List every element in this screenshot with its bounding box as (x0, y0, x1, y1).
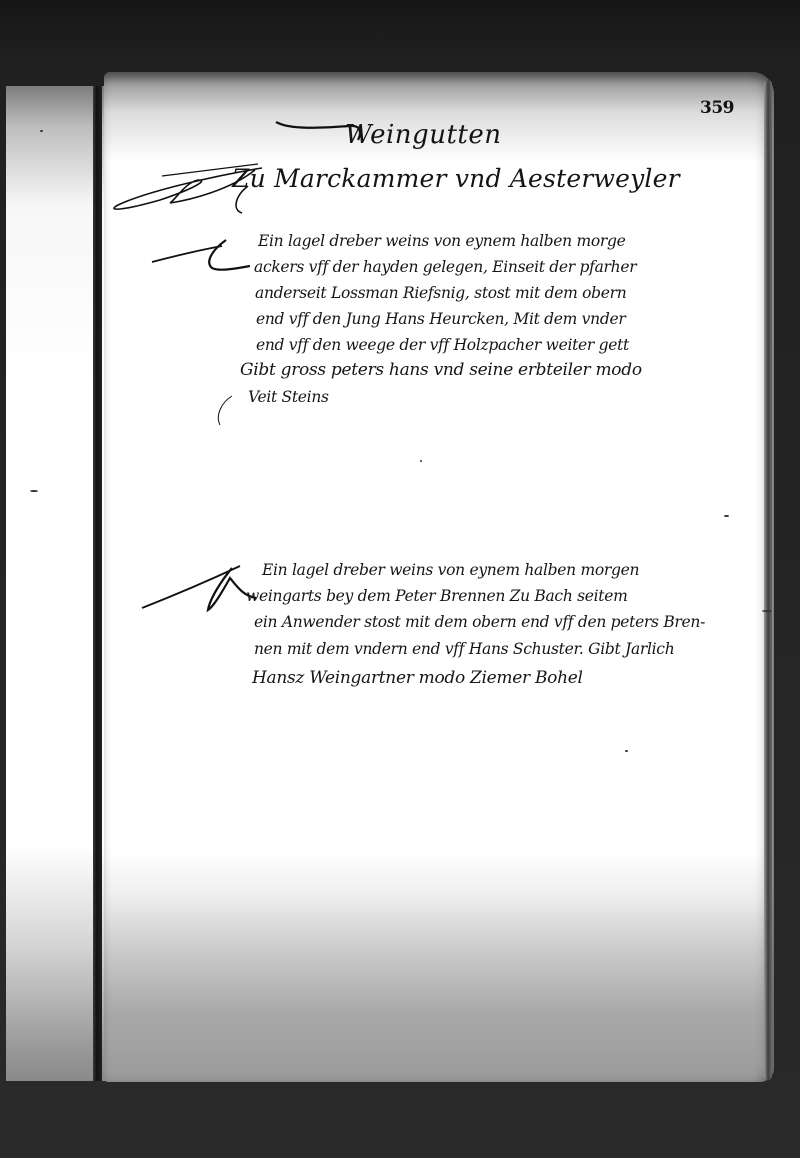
entry-line: Ein lagel dreber weins von eynem halben … (262, 561, 639, 579)
folio-right-edge (764, 80, 772, 1080)
entry-line: end vff den Jung Hans Heurcken, Mit dem … (256, 310, 625, 328)
scan-speck (762, 610, 772, 612)
heading-subtitle: Zu Marckammer vnd Aesterweyler (232, 164, 680, 193)
scan-speck (625, 750, 628, 752)
entry-line: anderseit Lossman Riefsnig, stost mit de… (255, 284, 626, 302)
entry-line: Hansz Weingartner modo Ziemer Bohel (252, 668, 583, 688)
entry-line: Gibt gross peters hans vnd seine erbteil… (240, 360, 642, 380)
entry-line: Ein lagel dreber weins von eynem halben … (258, 232, 625, 250)
entry-line: Veit Steins (248, 388, 329, 406)
scan-speck (40, 130, 43, 132)
folio-number: 359 (700, 98, 734, 118)
entry-line: end vff den weege der vff Holzpacher wei… (256, 336, 629, 354)
entry-line: weingarts bey dem Peter Brennen Zu Bach … (246, 587, 628, 605)
scan-speck (724, 515, 729, 517)
entry-line: ackers vff der hayden gelegen, Einseit d… (254, 258, 636, 276)
heading-title: Weingutten (345, 120, 501, 150)
entry-line: nen mit dem vndern end vff Hans Schuster… (254, 640, 674, 658)
book-binding-gutter (93, 86, 102, 1081)
scan-speck (30, 490, 38, 492)
entry-line: ein Anwender stost mit dem obern end vff… (254, 613, 705, 631)
scan-speck (420, 460, 422, 462)
